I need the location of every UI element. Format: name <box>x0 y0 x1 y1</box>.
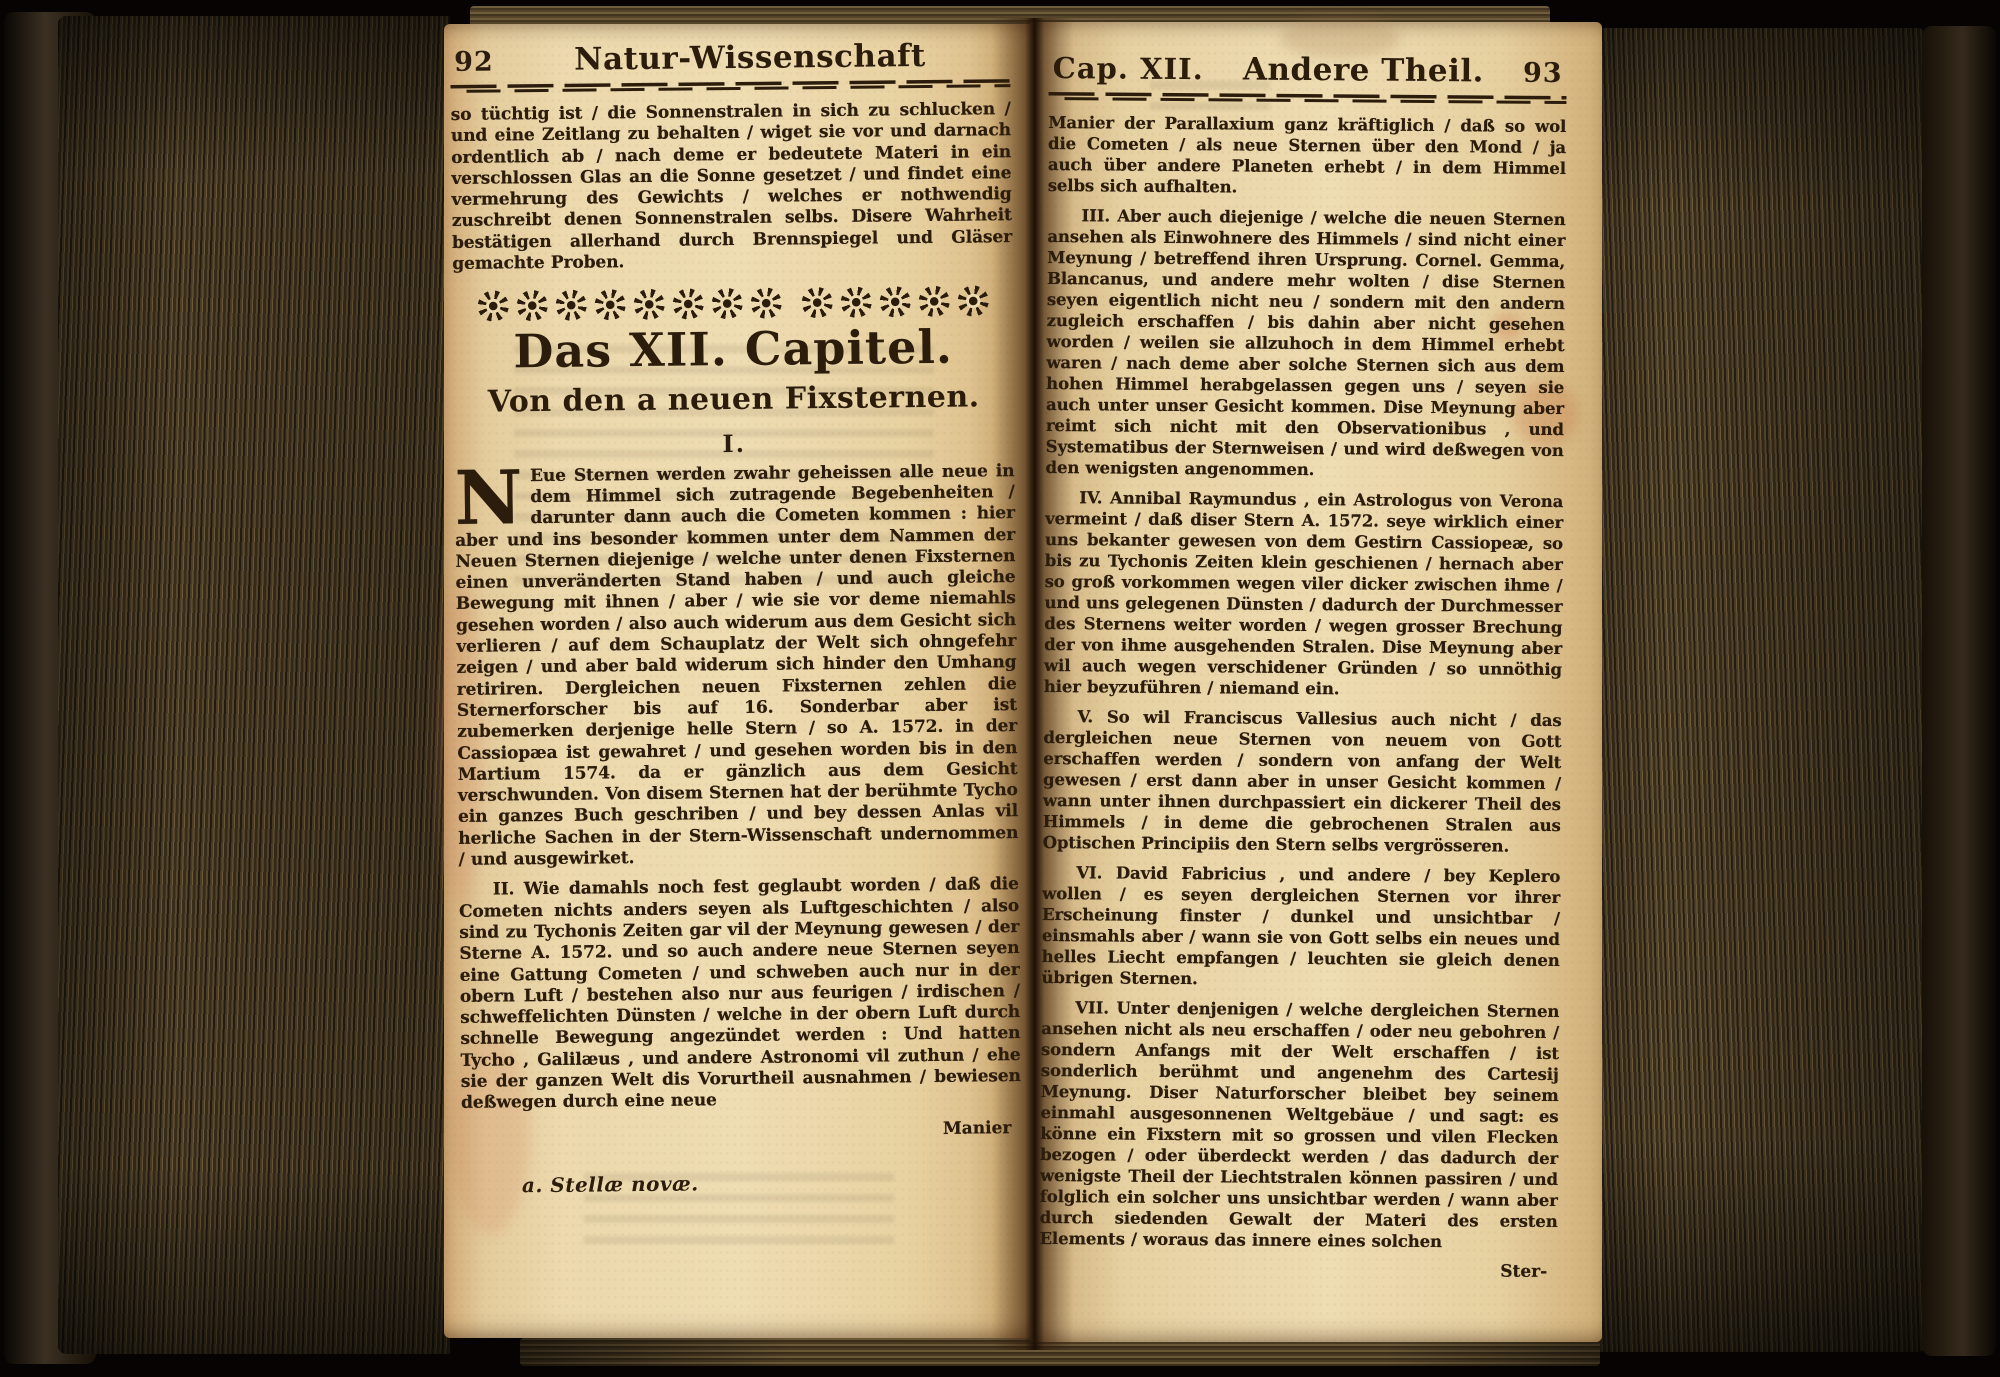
right-page-text-column: Cap. XII. Andere Theil. 93 Manier der Pa… <box>1039 50 1567 1282</box>
rosette-ornament-icon <box>477 291 508 322</box>
rosette-ornament-icon <box>633 289 664 320</box>
continuation-paragraph: Manier der Parallaxium ganz kräftiglich … <box>1048 112 1567 200</box>
section-4-paragraph: IV. Annibal Raymundus , ein Astrologus v… <box>1044 487 1564 701</box>
left-running-title: Natur-Wissenschaft <box>574 38 926 78</box>
section-7-paragraph: VII. Unter denjenigen / welche dergleich… <box>1039 997 1559 1253</box>
chapter-title: Das XII. Capitel. <box>453 322 1013 376</box>
rosette-ornament-icon <box>879 287 910 318</box>
section-2-paragraph: II. Wie damahls noch fest geglaubt worde… <box>459 874 1021 1114</box>
left-catchword: Manier <box>461 1118 1011 1144</box>
book-cover-right <box>1922 26 1996 1356</box>
right-page-number: 93 <box>1523 58 1563 89</box>
rosette-ornament-icon <box>750 288 781 319</box>
header-rule <box>1048 92 1566 104</box>
section-1-paragraph: NEue Sternen werden zwahr geheissen alle… <box>454 461 1018 871</box>
rosette-ornament-icon <box>840 287 871 318</box>
rosette-ornament-icon <box>711 288 742 319</box>
left-running-header: 92 Natur-Wissenschaft <box>454 37 1006 79</box>
left-page-number: 92 <box>454 47 494 78</box>
rosette-ornament-icon <box>516 290 547 321</box>
section-1-text: Eue Sternen werden zwahr geheissen alle … <box>455 461 1018 870</box>
chapter-subtitle: Von den a neuen Fixsternen. <box>454 379 1014 420</box>
ornament-row <box>453 285 1013 322</box>
rosette-ornament-icon <box>957 286 988 317</box>
page-edge-stack-right <box>1598 28 1926 1352</box>
right-running-header: Cap. XII. Andere Theil. 93 <box>1053 50 1563 90</box>
book-photograph: 92 Natur-Wissenschaft so tüchtig ist / d… <box>0 0 2000 1377</box>
section-heading: I. <box>454 426 1014 461</box>
rosette-ornament-icon <box>801 287 832 318</box>
rosette-ornament-icon <box>672 289 703 320</box>
continuation-paragraph: so tüchtig ist / die Sonnenstralen in si… <box>451 99 1013 275</box>
left-page-text-column: 92 Natur-Wissenschaft so tüchtig ist / d… <box>450 37 1022 1197</box>
section-3-paragraph: III. Aber auch diejenige / welche die ne… <box>1045 205 1565 482</box>
section-5-paragraph: V. So wil Franciscus Vallesius auch nich… <box>1043 706 1562 857</box>
page-edge-stack-left <box>58 16 450 1354</box>
right-catchword: Ster- <box>1039 1258 1547 1282</box>
rosette-ornament-icon <box>555 290 586 321</box>
header-rule <box>450 79 1010 93</box>
right-running-chapter: Cap. XII. <box>1053 51 1204 86</box>
section-6-paragraph: VI. David Fabricius , und andere / bey K… <box>1041 862 1560 992</box>
rosette-ornament-icon <box>918 286 949 317</box>
drop-cap-initial: N <box>454 466 530 527</box>
right-running-title: Andere Theil. <box>1243 52 1484 90</box>
rosette-ornament-icon <box>594 290 625 321</box>
